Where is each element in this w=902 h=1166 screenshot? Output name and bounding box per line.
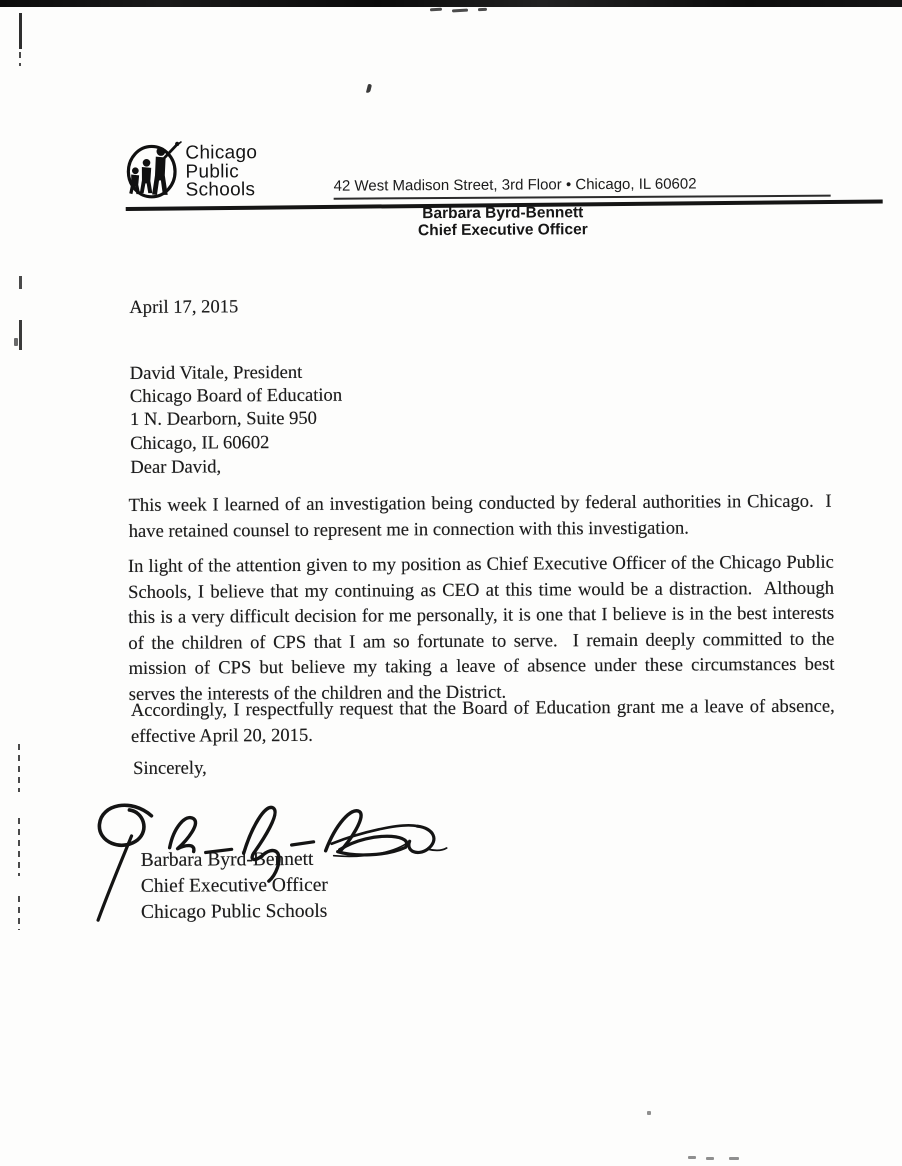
recipient-line: Chicago Board of Education	[130, 384, 342, 408]
salutation: Dear David,	[130, 456, 221, 479]
cps-logo-icon	[126, 137, 182, 201]
logo-word-3: Schools	[186, 181, 258, 200]
logo-word-1: Chicago	[185, 144, 257, 163]
paragraph-1: This week I learned of an investigation …	[128, 489, 831, 544]
signature-icon	[85, 794, 450, 926]
date-line: April 17, 2015	[129, 296, 238, 319]
letterhead-officer: Barbara Byrd-Bennett Chief Executive Off…	[301, 204, 705, 239]
recipient-line: David Vitale, President	[130, 361, 342, 385]
letterhead-officer-title: Chief Executive Officer	[301, 221, 705, 240]
letter-content: Chicago Public Schools 42 West Madison S…	[0, 0, 902, 1166]
letterhead-address: 42 West Madison Street, 3rd Floor • Chic…	[334, 175, 831, 200]
recipient-line: 1 N. Dearborn, Suite 950	[130, 407, 342, 431]
paragraph-2: In light of the attention given to my po…	[128, 550, 835, 707]
scanned-letter-page: Chicago Public Schools 42 West Madison S…	[0, 0, 902, 1166]
closing: Sincerely,	[133, 757, 207, 779]
paragraph-3: Accordingly, I respectfully request that…	[131, 694, 835, 749]
recipient-line: Chicago, IL 60602	[130, 430, 342, 454]
recipient-address: David Vitale, President Chicago Board of…	[130, 361, 343, 455]
logo-wordmark: Chicago Public Schools	[185, 144, 257, 200]
